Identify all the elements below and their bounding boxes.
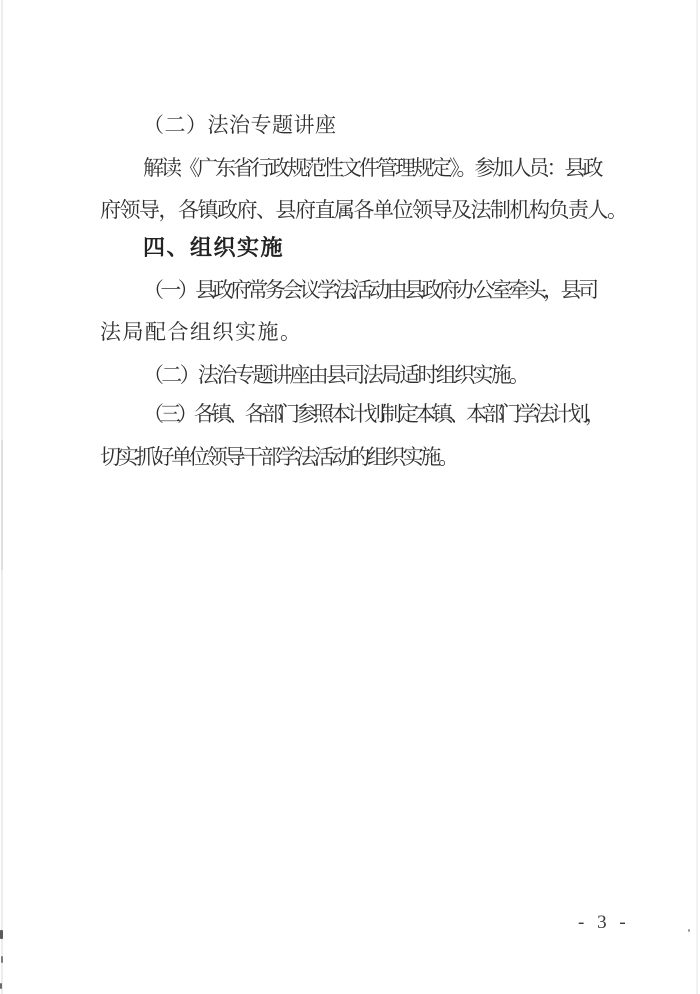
scan-speck (688, 929, 690, 932)
section-heading-4: 四、组织实施 (143, 236, 284, 259)
scan-edge-shade-left (1, 440, 3, 570)
scan-speck (1, 956, 3, 963)
paragraph-1-line-2: 府领导，各镇政府、县府直属各单位领导及法制机构负责人。 (100, 199, 627, 222)
paragraph-1-line-1: 解读《广东省行政规范性文件管理规定》。参加人员：县政 (143, 157, 601, 180)
scan-speck (0, 930, 3, 939)
page-number: - 3 - (578, 912, 630, 934)
paragraph-3-line: （二）法治专题讲座由县司法局适时组织实施。 (143, 364, 527, 387)
paragraph-4-line-2: 切实抓好单位领导干部学法活动的组织实施。 (100, 446, 456, 469)
paragraph-2-line-1: （一）县政府常务会议学法活动由县政府办公室牵头，县司 (143, 279, 595, 302)
scan-edge-line-right (696, 0, 698, 994)
scan-speck (0, 983, 2, 989)
paragraph-2-line-2: 法局配合组织实施。 (100, 321, 303, 344)
paragraph-4-line-1: （三）各镇、各部门参照本计划制定本镇、本部门学法计划， (143, 403, 602, 426)
scanned-document-page: （二）法治专题讲座 解读《广东省行政规范性文件管理规定》。参加人员：县政 府领导… (0, 0, 700, 994)
subsection-heading-2: （二）法治专题讲座 (143, 114, 337, 137)
